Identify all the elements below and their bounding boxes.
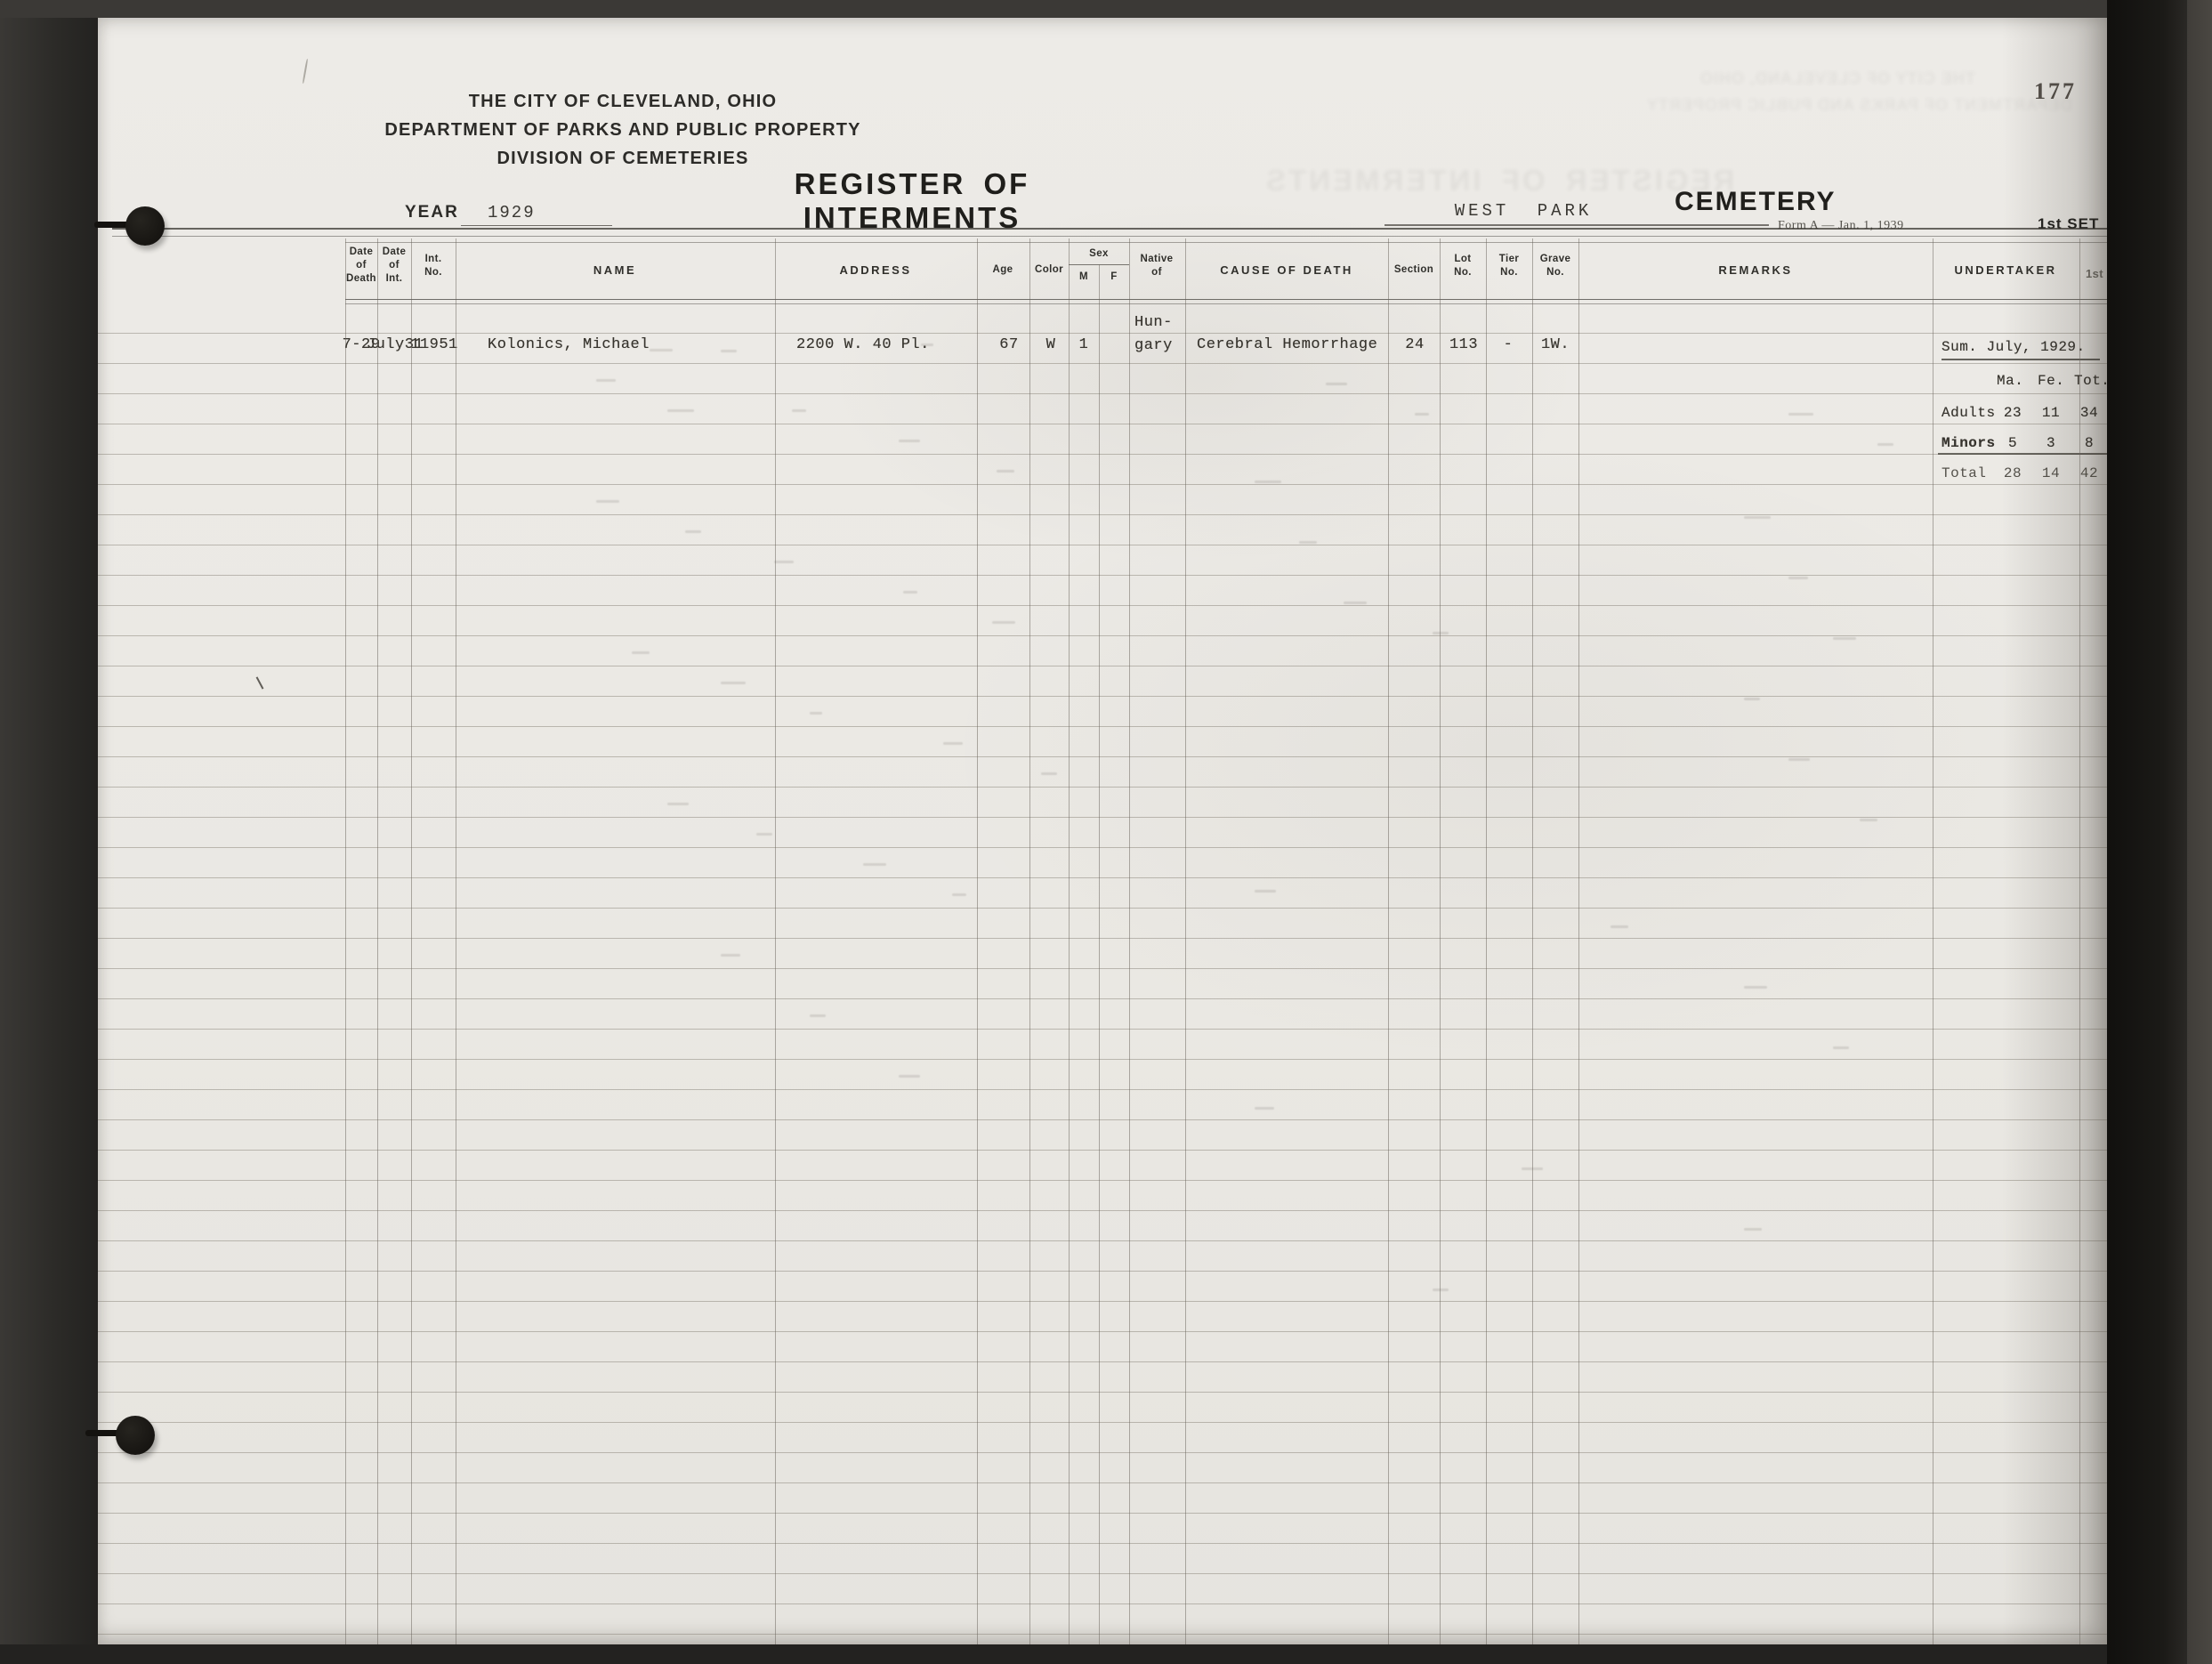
bleedthrough-mark <box>1833 1046 1849 1049</box>
row-tier-no: - <box>1504 336 1514 353</box>
column-divider-line <box>1532 238 1533 1644</box>
bleedthrough-mark <box>952 893 966 896</box>
year-value: 1929 <box>488 203 536 222</box>
bleedthrough-mark <box>1433 632 1449 634</box>
row-lot-no: 113 <box>1449 336 1478 353</box>
year-underline <box>461 225 612 226</box>
bleedthrough-mark <box>921 343 933 346</box>
row-color: W <box>1046 336 1056 353</box>
header-bottom-rule-light <box>345 303 2107 304</box>
org-line-department: DEPARTMENT OF PARKS AND PUBLIC PROPERTY <box>383 116 863 144</box>
column-divider-line <box>1486 238 1487 1644</box>
bleedthrough-mark <box>721 350 737 352</box>
column-divider-line <box>1933 238 1933 1644</box>
column-divider-line <box>775 238 776 1644</box>
form-edition-note: Form A — Jan. 1, 1939 <box>1778 219 2009 233</box>
column-divider-line <box>1129 238 1130 1644</box>
page-title: REGISTER OF INTERMENTS <box>707 167 1117 235</box>
bleedthrough-mark <box>863 863 886 866</box>
ghost-bleedthrough-org-line1: THE CITY OF CLEVELAND, OHIO <box>1699 69 1975 88</box>
column-divider-line <box>1388 238 1389 1644</box>
col-header-sex-f: F <box>1110 271 1117 284</box>
col-header-section: Section <box>1394 263 1433 277</box>
book-edge-bottom <box>0 1644 2212 1664</box>
bleedthrough-mark <box>596 500 619 503</box>
bleedthrough-mark <box>943 742 963 745</box>
cemetery-name-typed: WEST PARK <box>1399 201 1648 221</box>
bleedthrough-mark <box>992 621 1015 624</box>
bleedthrough-mark <box>1788 758 1810 761</box>
col-header-remarks: REMARKS <box>1718 263 1792 277</box>
bleedthrough-mark <box>1744 698 1760 700</box>
column-divider-line <box>456 238 456 1644</box>
col-header-grave-no: Grave No. <box>1540 253 1571 279</box>
bleedthrough-mark <box>792 409 806 412</box>
col-header-int-no: Int. No. <box>424 253 442 279</box>
col-header-lot-no: Lot No. <box>1454 253 1472 279</box>
column-divider-line <box>1029 238 1030 1644</box>
col-header-sex: Sex <box>1089 247 1109 261</box>
col-header-tier-no: Tier No. <box>1499 253 1519 279</box>
column-divider-line <box>1185 238 1186 1644</box>
col-header-date-of-death: Date of Death <box>346 246 376 286</box>
column-divider-line <box>345 238 346 1644</box>
column-divider-line <box>1069 238 1070 1644</box>
bleedthrough-mark <box>1255 890 1276 893</box>
bleedthrough-mark <box>1522 1167 1543 1170</box>
bleedthrough-mark <box>1255 481 1281 483</box>
col-header-native-of: Native of <box>1141 253 1174 279</box>
col-header-color: Color <box>1035 263 1063 277</box>
bleedthrough-mark <box>632 651 650 654</box>
col-header-name: NAME <box>593 263 636 277</box>
bleedthrough-mark <box>1344 602 1367 604</box>
column-divider-line <box>1099 264 1100 1644</box>
ghost-bleedthrough-title: REGISTER OF INTERMENTS <box>1263 164 1734 198</box>
bleedthrough-mark <box>667 409 694 412</box>
page-edge-shading <box>2002 18 2107 1644</box>
col-header-cause-of-death: CAUSE OF DEATH <box>1220 263 1353 277</box>
stray-mark <box>303 59 309 84</box>
column-divider-line <box>377 238 378 1644</box>
column-divider-line <box>411 238 412 1644</box>
organization-heading: THE CITY OF CLEVELAND, OHIO DEPARTMENT O… <box>383 87 863 173</box>
ledger-page: REGISTER OF INTERMENTS THE CITY OF CLEVE… <box>98 18 2107 1644</box>
bleedthrough-mark <box>1255 1107 1274 1110</box>
bleedthrough-mark <box>810 1014 826 1017</box>
bleedthrough-mark <box>1041 772 1057 775</box>
bleedthrough-mark <box>721 954 740 957</box>
book-edge-top <box>0 0 2212 18</box>
bleedthrough-mark <box>997 470 1014 473</box>
bleedthrough-mark <box>650 349 673 351</box>
bleedthrough-mark <box>1744 986 1767 989</box>
ledger-ruling-lines <box>98 333 2107 1644</box>
top-rule-light <box>112 236 2107 237</box>
org-line-city: THE CITY OF CLEVELAND, OHIO <box>383 87 863 116</box>
row-sex-male: 1 <box>1079 336 1089 353</box>
bleedthrough-mark <box>903 591 917 594</box>
binder-hole-bottom <box>116 1416 155 1455</box>
cemetery-label: CEMETERY <box>1675 187 1933 217</box>
row-int-no: 11951 <box>410 336 458 353</box>
col-header-sex-m: M <box>1079 271 1088 284</box>
row-age: 67 <box>999 336 1018 353</box>
column-divider-line <box>977 238 978 1644</box>
bleedthrough-mark <box>1611 925 1628 928</box>
row-section: 24 <box>1405 336 1424 353</box>
bleedthrough-mark <box>721 682 746 684</box>
row-grave-no: 1W. <box>1541 336 1570 353</box>
col-header-age: Age <box>993 263 1013 277</box>
bleedthrough-mark <box>810 712 822 715</box>
column-divider-line <box>2079 238 2080 1644</box>
bleedthrough-mark <box>1415 413 1429 416</box>
bleedthrough-mark <box>667 803 689 805</box>
book-edge-left <box>0 0 98 1664</box>
column-divider-line <box>1578 238 1579 1644</box>
bleedthrough-mark <box>899 440 920 442</box>
col-header-date-of-int: Date of Int. <box>383 246 407 286</box>
bleedthrough-mark <box>774 561 794 563</box>
column-divider-line <box>1440 238 1441 1644</box>
bleedthrough-mark <box>1744 516 1771 519</box>
bleedthrough-mark <box>596 379 616 382</box>
bleedthrough-mark <box>1326 383 1347 385</box>
year-label: YEAR <box>405 203 459 222</box>
bleedthrough-mark <box>756 833 772 836</box>
bleedthrough-mark <box>1744 1228 1762 1231</box>
binder-hole-top <box>125 206 165 246</box>
table-top-border <box>345 242 2107 243</box>
book-cover-right <box>2187 0 2212 1664</box>
top-rule-heavy <box>112 228 2107 230</box>
bleedthrough-mark <box>685 530 701 533</box>
row-native-of: Hun- gary <box>1134 311 1173 358</box>
row-name: Kolonics, Michael <box>488 336 650 353</box>
row-address: 2200 W. 40 Pl. <box>796 336 930 353</box>
header-bottom-rule-heavy <box>345 299 2107 300</box>
row-cause-of-death: Cerebral Hemorrhage <box>1197 336 1377 353</box>
bleedthrough-mark <box>899 1075 920 1078</box>
bleedthrough-mark <box>1299 541 1317 544</box>
page-stack-shadow <box>2107 0 2187 1664</box>
col-header-address: ADDRESS <box>839 263 911 277</box>
bleedthrough-mark <box>1877 443 1893 446</box>
cemetery-name-underline <box>1385 224 1769 226</box>
bleedthrough-mark <box>1860 819 1877 821</box>
bleedthrough-mark <box>1788 577 1808 579</box>
bleedthrough-mark <box>1433 1288 1449 1291</box>
bleedthrough-mark <box>1833 637 1856 640</box>
bleedthrough-mark <box>1788 413 1813 416</box>
